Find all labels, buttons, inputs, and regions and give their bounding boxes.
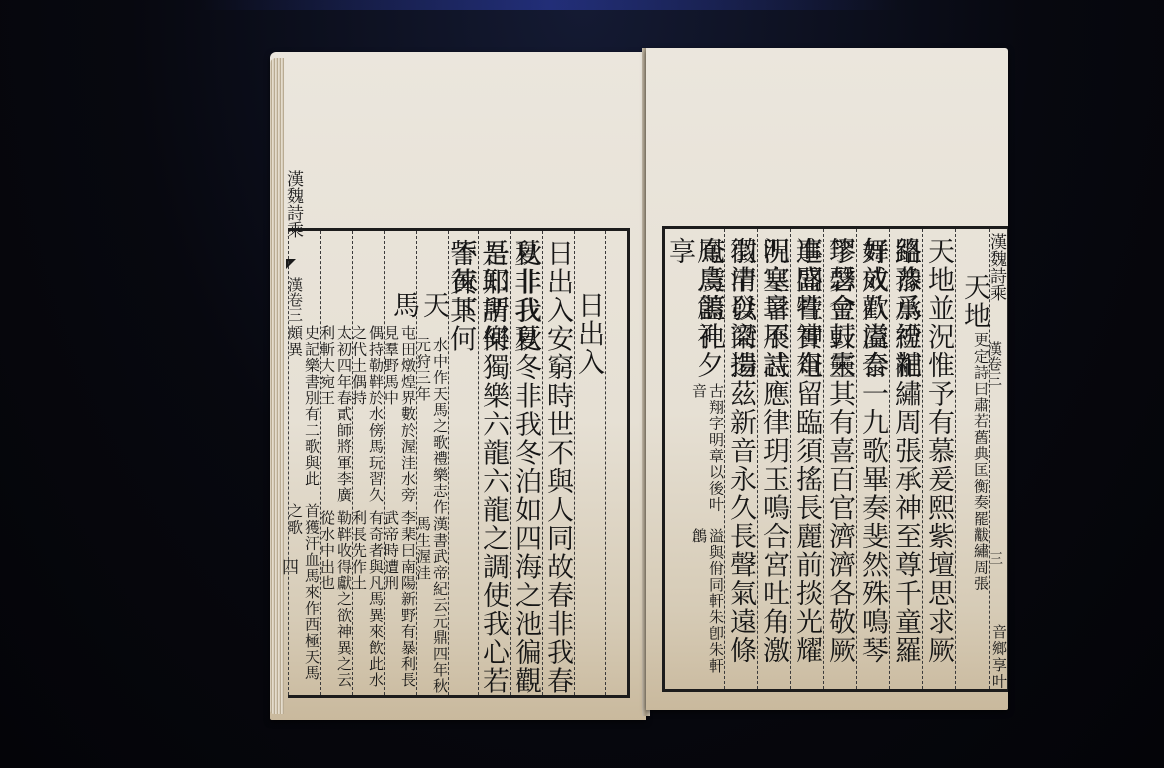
tail-note-line: 音鄉 (990, 624, 1007, 656)
poem-line: 羽申以商造茲新音永久長聲氣遠條鳳鳥鶬神夕 (724, 229, 757, 689)
commentary: 李棐曰南陽新野有暴利長武帝時遭刑 屯田燉煌界數於渥洼水旁見羣野馬中 (382, 325, 416, 695)
poem-line: 進聞膏神奄留臨須搖長麗前掞光耀明寒暑不忒 (790, 229, 823, 689)
commentary-line: 史記樂書別有二歌與此頗異 (286, 325, 320, 503)
commentary-column: 李棐曰南陽新野有暴利長武帝時遭刑 屯田燉煌界數於渥洼水旁見羣野馬中 (384, 231, 416, 695)
poem-section-tian-di: 天地 匡衡奏罷黻繡周張 更定詩曰肅若舊典 (955, 229, 989, 689)
poem-line: 吾知所樂獨樂六龍六龍之調使我心若訾黃其何 (478, 231, 510, 695)
commentary: 匡衡奏罷黻繡周張 更定詩曰肅若舊典 (956, 332, 989, 591)
commentary-line: 偶持勒靽於水傍馬玩習久之代土偶持 (350, 325, 384, 510)
poem-line: 縕豫爲紛黼繡周張承神至尊千童羅舞成八溢合 (889, 229, 922, 689)
poem-section-tian-ma: 天馬 漢書武帝紀云元鼎四年秋馬生渥洼 水中作天馬之歌禮樂志作元狩三年 (416, 231, 448, 695)
commentary: 首獲汗血馬來作西極天馬之歌 史記樂書別有二歌與此頗異 (286, 325, 320, 695)
page-edges (270, 58, 284, 714)
commentary-line: 屯田燉煌界數於渥洼水旁見羣野馬中 (382, 325, 416, 510)
commentary-line: 首獲汗血馬來作西極天馬之歌 (286, 503, 320, 695)
commentary: 勒靽收得獻之欲神異之云從水中出也 太初四年春貳師將軍李廣利斬大宛王 (318, 325, 352, 695)
poem-line: 璆磬金鼓靈其有喜百官濟濟各敬厥事盛牲實俎 (823, 229, 856, 689)
blank-column (605, 231, 627, 695)
commentary-line: 李棐曰南陽新野有暴利長武帝時遭刑 (382, 510, 416, 695)
tail-note-column: 享叶 音鄉 (989, 229, 1007, 689)
commentary-line: 水中作天馬之歌禮樂志作元狩三年 (417, 337, 448, 516)
poem-last-line-column: 奄虞蓋孔享 溢與佾同軒朱卽朱軒鶬 古翔字明章以後叶音 (664, 229, 724, 689)
poem-line: 秋非我秋冬非我冬泊如四海之池徧觀是耶謂何 (510, 231, 542, 695)
right-banner: 漢魏詩乘 漢卷三 三 (1007, 229, 1008, 689)
commentary-line: 有奇者與凡馬異來飲此水利長先作土 (350, 510, 384, 695)
commentary-column: 有奇者與凡馬異來飲此水利長先作土 偶持勒靽於水傍馬玩習久之代土偶持 (352, 231, 384, 695)
commentary-line: 更定詩曰肅若舊典 (956, 332, 989, 462)
right-page: 漢魏詩乘 漢卷三 三 享叶 音鄉 天地 匡衡奏罷黻繡周張 更定詩曰 (646, 48, 1008, 710)
right-print-frame: 漢魏詩乘 漢卷三 三 享叶 音鄉 天地 匡衡奏罷黻繡周張 更定詩曰 (662, 226, 1008, 692)
poem-title: 天地 (956, 273, 989, 330)
commentary-column: 勒靽收得獻之欲神異之云從水中出也 太初四年春貳師將軍李廣利斬大宛王 (320, 231, 352, 695)
end-note-line: 古翔字明章以後叶音 (664, 383, 724, 528)
tail-note-line: 享叶 (990, 657, 1007, 689)
poem-title: 日出入 (574, 231, 605, 695)
left-print-frame: 日出入 日出入安窮時世不與人同故春非我春夏非我夏 秋非我秋冬非我冬泊如四海之池徧… (288, 228, 630, 698)
commentary-line: 太初四年春貳師將軍李廣利斬大宛王 (318, 325, 352, 510)
commentary-line: 匡衡奏罷黻繡周張 (956, 462, 989, 592)
tail-note: 享叶 音鄉 (990, 235, 1007, 689)
end-note-line: 溢與佾同軒朱卽朱軒鶬 (664, 528, 724, 689)
poem-line: 天地並況惟予有慕爰熙紫壇思求厥路恭承禋祀 (922, 229, 955, 689)
end-note: 溢與佾同軒朱卽朱軒鶬 古翔字明章以後叶音 (664, 383, 724, 689)
background-glow (200, 0, 900, 10)
poem-line: 日出入安窮時世不與人同故春非我春夏非我夏 (542, 231, 574, 695)
commentary: 漢書武帝紀云元鼎四年秋馬生渥洼 水中作天馬之歌禮樂志作元狩三年 (417, 337, 448, 695)
commentary-line: 漢書武帝紀云元鼎四年秋馬生渥洼 (417, 516, 448, 695)
left-page: 漢魏詩乘 漢卷三 四 日出入 日出入安窮時世不與人同故春非我春夏非我夏 秋非我秋… (270, 52, 646, 720)
commentary-line: 勒靽收得獻之欲神異之云從水中出也 (318, 510, 352, 695)
poem-line: 奄虞蓋孔享 (664, 237, 724, 379)
poem-line: 況皇章展詩應律玥玉鳴合宮吐角激徵清發梁揚 (757, 229, 790, 689)
open-book: 漢魏詩乘 漢卷三 四 日出入 日出入安窮時世不與人同故春非我春夏非我夏 秋非我秋… (270, 48, 1010, 716)
poem-title: 天馬 (417, 291, 448, 333)
commentary: 有奇者與凡馬異來飲此水利長先作土 偶持勒靽於水傍馬玩習久之代土偶持 (350, 325, 384, 695)
poem-line: 好效歡虞泰一九歌畢奏斐然殊鳴琴竽瑟會軒朱 (856, 229, 889, 689)
commentary-column: 首獲汗血馬來作西極天馬之歌 史記樂書別有二歌與此頗異 (288, 231, 320, 695)
poem-line: 不徠下 (448, 231, 478, 695)
